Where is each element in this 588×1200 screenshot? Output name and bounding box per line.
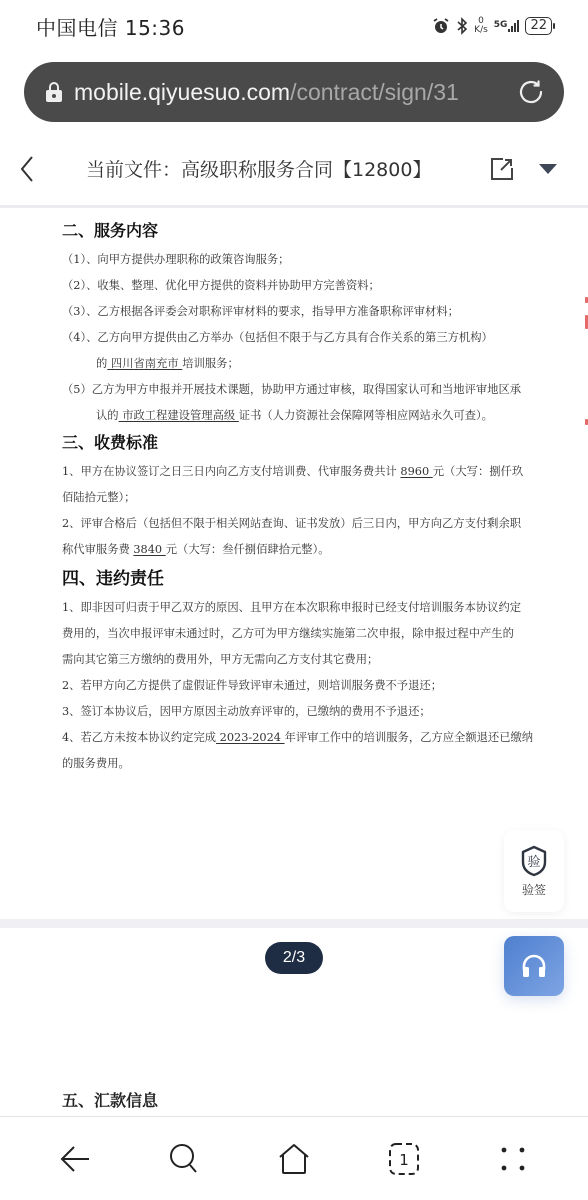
clause: 3、签订本协议后，因甲方原因主动放弃评审的，已缴纳的费用不予退还； — [62, 699, 542, 725]
verify-signature-button[interactable]: 验 验签 — [504, 830, 564, 912]
lock-icon[interactable] — [46, 82, 62, 102]
document-header: 当前文件：高级职称服务合同【12800】 — [0, 132, 588, 208]
document-dropdown-button[interactable] — [528, 149, 568, 189]
verify-signature-label: 验签 — [522, 881, 546, 898]
clause: 2、若甲方向乙方提供了虚假证件导致评审未通过，则培训服务费不予退还； — [62, 673, 542, 699]
more-dots-icon — [500, 1146, 526, 1172]
url-text[interactable]: mobile.qiyuesuo.com/contract/sign/31 — [74, 79, 516, 106]
back-button[interactable] — [0, 131, 54, 207]
back-arrow-icon — [59, 1144, 91, 1174]
clause: （2）、收集、整理、优化甲方提供的资料并协助甲方完善资料； — [62, 273, 542, 299]
network-type: 5G — [494, 20, 508, 30]
section-heading: 四、违约责任 — [62, 567, 542, 591]
clause: （4）、乙方向甲方提供由乙方举办（包括但不限于与乙方具有合作关系的第三方机构） — [62, 325, 542, 351]
alarm-icon — [432, 17, 450, 35]
url-path: /contract/sign/31 — [290, 79, 459, 105]
nav-tabs-button[interactable]: 1 — [374, 1129, 434, 1189]
page-indicator: 2/3 — [265, 942, 323, 974]
browser-bottom-nav: 1 — [0, 1116, 588, 1200]
section-heading: 二、服务内容 — [62, 219, 542, 243]
svg-text:1: 1 — [399, 1151, 409, 1169]
status-icons: 0 K/s 5G 22 — [432, 17, 552, 35]
clause-continuation: 称代审服务费 3840 元（大写：叁仟捌佰肆拾元整）。 — [62, 537, 542, 563]
clause-continuation: 认的 市政工程建设管理高级 证书（人力资源社会保障网等相应网站永久可查）。 — [62, 403, 542, 429]
nav-search-button[interactable] — [154, 1129, 214, 1189]
customer-support-button[interactable] — [504, 936, 564, 996]
clause-continuation: 的服务费用。 — [62, 751, 542, 777]
caret-down-icon — [539, 164, 557, 174]
verify-shield-icon: 验 — [520, 845, 548, 877]
filled-field-location: 四川省南充市 — [107, 357, 182, 370]
clause: （3）、乙方根据各评委会对职称评审材料的要求，指导甲方准备职称评审材料； — [62, 299, 542, 325]
section-heading: 三、收费标准 — [62, 431, 542, 455]
signal-bars-icon — [508, 20, 519, 32]
search-icon — [169, 1143, 199, 1175]
bluetooth-icon — [456, 17, 468, 35]
status-bar: 中国电信 15:36 0 K/s 5G 22 — [0, 0, 588, 52]
section-heading: 五、汇款信息 — [62, 1088, 158, 1111]
clock: 15:36 — [125, 16, 185, 40]
battery-indicator: 22 — [525, 17, 552, 35]
nav-home-button[interactable] — [264, 1129, 324, 1189]
signal-indicator: 5G — [494, 20, 520, 32]
headset-icon — [520, 952, 548, 980]
nav-back-button[interactable] — [45, 1129, 105, 1189]
status-left: 中国电信 15:36 — [36, 12, 185, 41]
clause: 1、甲方在协议签订之日三日内向乙方支付培训费、代审服务费共计 8960 元（大写… — [62, 459, 542, 485]
share-button[interactable] — [482, 149, 522, 189]
clause: （5）乙方为甲方申报并开展技术课题，协助甲方通过审核，取得国家认可和当地评审地区… — [62, 377, 542, 403]
chevron-left-icon — [19, 155, 35, 183]
home-icon — [278, 1143, 310, 1175]
document-content: 二、服务内容 （1）、向甲方提供办理职称的政策咨询服务； （2）、收集、整理、优… — [62, 219, 542, 777]
document-title: 当前文件：高级职称服务合同【12800】 — [54, 155, 482, 182]
document-page[interactable]: 二、服务内容 （1）、向甲方提供办理职称的政策咨询服务； （2）、收集、整理、优… — [0, 211, 588, 919]
share-external-icon — [489, 156, 515, 182]
filled-field-amount: 3840 — [133, 543, 165, 556]
clause-continuation: 费用的，当次申报评审未通过时，乙方可为甲方继续实施第二次申报，除申报过程中产生的 — [62, 621, 542, 647]
clause-continuation: 需向其它第三方缴纳的费用外，甲方无需向乙方支付其它费用； — [62, 647, 542, 673]
reload-icon[interactable] — [516, 77, 546, 107]
carrier: 中国电信 — [36, 16, 118, 40]
clause: 2、评审合格后（包括但不限于相关网站查询、证书发放）后三日内，甲方向乙方支付剩余… — [62, 511, 542, 537]
clause-continuation: 的 四川省南充市 培训服务； — [62, 351, 542, 377]
address-bar[interactable]: mobile.qiyuesuo.com/contract/sign/31 — [24, 62, 564, 122]
svg-text:验: 验 — [527, 855, 540, 870]
page-separator — [0, 919, 588, 928]
clause: 4、若乙方未按本协议约定完成 2023-2024 年评审工作中的培训服务，乙方应… — [62, 725, 542, 751]
tabs-icon: 1 — [388, 1142, 420, 1176]
nav-more-button[interactable] — [483, 1129, 543, 1189]
clause: （1）、向甲方提供办理职称的政策咨询服务； — [62, 247, 542, 273]
filled-field-certificate: 市政工程建设管理高级 — [119, 409, 239, 422]
filled-field-amount: 8960 — [400, 465, 432, 478]
clause: 1、即非因可归责于甲乙双方的原因、且甲方在本次职称申报时已经支付培训服务本协议约… — [62, 595, 542, 621]
filled-field-years: 2023-2024 — [216, 731, 285, 744]
clause-continuation: 佰陆拾元整）； — [62, 485, 542, 511]
url-host: mobile.qiyuesuo.com — [74, 79, 290, 105]
net-speed: 0 K/s — [474, 17, 488, 35]
